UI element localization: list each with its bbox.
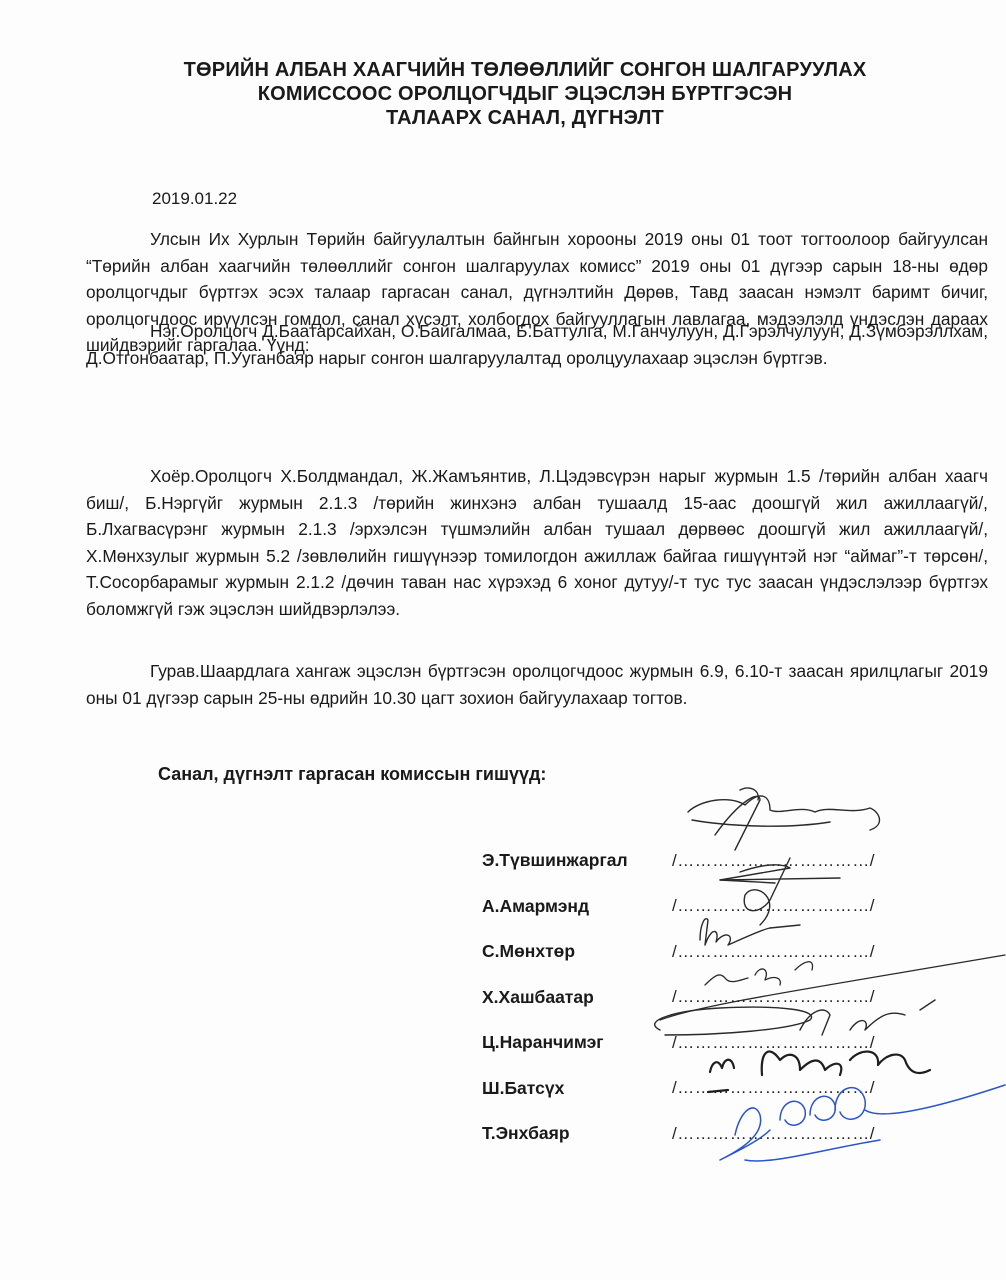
signature-line: /……………………………/: [672, 987, 875, 1007]
paragraph-one: Нэг.Оролцогч Д.Баатарсайхан, О.Байгалмаа…: [86, 318, 988, 371]
paragraph-three: Гурав.Шаардлага хангаж эцэслэн бүртгэсэн…: [86, 658, 988, 711]
signature-line: /……………………………/: [672, 1078, 875, 1098]
signature-line: /……………………………/: [672, 851, 875, 871]
document-date: 2019.01.22: [152, 189, 237, 209]
signer-name: С.Мөнхтөр: [482, 941, 672, 962]
title-line-2: КОМИССООС ОРОЛЦОГЧДЫГ ЭЦЭСЛЭН БҮРТГЭСЭН: [150, 82, 900, 106]
signer-name: Х.Хашбаатар: [482, 987, 672, 1008]
title-line-1: ТӨРИЙН АЛБАН ХААГЧИЙН ТӨЛӨӨЛЛИЙГ СОНГОН …: [150, 58, 900, 82]
document-title: ТӨРИЙН АЛБАН ХААГЧИЙН ТӨЛӨӨЛЛИЙГ СОНГОН …: [150, 58, 900, 130]
signatures-heading: Санал, дүгнэлт гаргасан комиссын гишүүд:: [158, 764, 546, 785]
signer-name: Ц.Наранчимэг: [482, 1032, 672, 1053]
signer-row: Х.Хашбаатар /……………………………/: [482, 975, 952, 1021]
signature-line: /……………………………/: [672, 896, 875, 916]
signer-row: Ц.Наранчимэг /……………………………/: [482, 1020, 952, 1066]
paragraph-two: Хоёр.Оролцогч Х.Болдмандал, Ж.Жамъянтив,…: [86, 463, 988, 622]
signers-list: Э.Түвшинжаргал /……………………………/ А.Амармэнд …: [482, 838, 952, 1157]
signer-row: Т.Энхбаяр /……………………………/: [482, 1111, 952, 1157]
title-line-3: ТАЛААРХ САНАЛ, ДҮГНЭЛТ: [150, 106, 900, 130]
signer-row: С.Мөнхтөр /……………………………/: [482, 929, 952, 975]
signer-name: Ш.Батсүх: [482, 1078, 672, 1099]
signature-line: /……………………………/: [672, 1124, 875, 1144]
document-page: ТӨРИЙН АЛБАН ХААГЧИЙН ТӨЛӨӨЛЛИЙГ СОНГОН …: [0, 0, 1006, 1280]
signer-row: Э.Түвшинжаргал /……………………………/: [482, 838, 952, 884]
signer-name: А.Амармэнд: [482, 896, 672, 917]
signer-row: Ш.Батсүх /……………………………/: [482, 1066, 952, 1112]
signer-row: А.Амармэнд /……………………………/: [482, 884, 952, 930]
signer-name: Т.Энхбаяр: [482, 1123, 672, 1144]
signature-line: /……………………………/: [672, 942, 875, 962]
signature-line: /……………………………/: [672, 1033, 875, 1053]
signer-name: Э.Түвшинжаргал: [482, 850, 672, 871]
